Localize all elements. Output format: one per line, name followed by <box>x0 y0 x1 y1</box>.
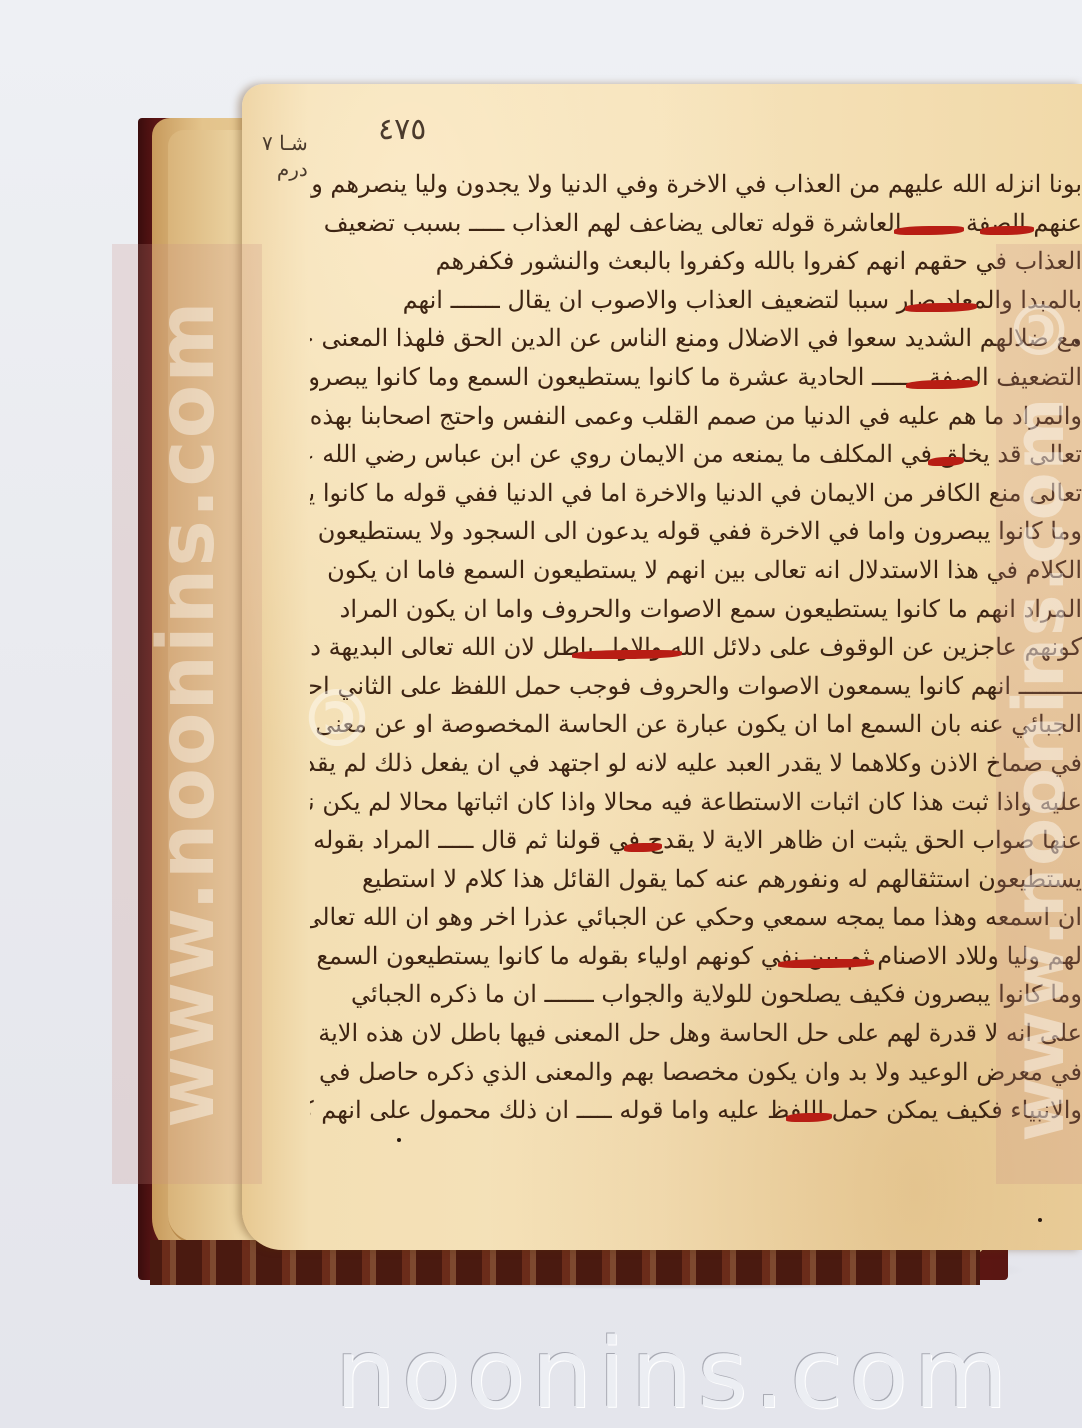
manuscript-line: عنها صواب الحق يثبت ان ظاهر الاية لا يقد… <box>310 821 1082 860</box>
margin-note: شـا ٧ درم <box>262 130 308 182</box>
rubric-red-stroke <box>624 843 662 852</box>
watermark-vertical-right: www.noonins.com © <box>996 244 1082 1184</box>
rubric-red-stroke <box>906 380 978 389</box>
manuscript-line: الجبائي عنه بان السمع اما ان يكون عبارة … <box>310 705 1082 744</box>
manuscript-line: المراد انهم ما كانوا يستطيعون سمع الاصوا… <box>310 590 1082 629</box>
manuscript-line: يستطيعون استثقالهم له ونفورهم عنه كما يق… <box>310 860 1082 899</box>
manuscript-line: عنهم الصفة ـــــــ العاشرة قوله تعالى يض… <box>310 204 1082 243</box>
margin-note-line: شـا ٧ <box>262 130 308 156</box>
rubric-red-stroke <box>786 1113 832 1122</box>
manuscript-line: التضعيف الصفة ـــــــ الحادية عشرة ما كا… <box>310 358 1082 397</box>
manuscript-line: والانبياء فكيف يمكن حمل اللفظ عليه واما … <box>310 1091 1082 1130</box>
manuscript-line: وما كانوا يبصرون واما في الاخرة ففي قوله… <box>310 512 1082 551</box>
manuscript-line: في صماخ الاذن وكلاهما لا يقدر العبد عليه… <box>310 744 1082 783</box>
manuscript-line: والمراد ما هم عليه في الدنيا من صمم القل… <box>310 397 1082 436</box>
ink-dot <box>1038 1218 1042 1222</box>
watermark-vertical-left: www.noonins.com © <box>112 244 262 1184</box>
manuscript-line: ان اسمعه وهذا مما يمجه سمعي وحكي عن الجب… <box>310 898 1082 937</box>
watermark-bottom: noonins.com <box>335 1318 1013 1428</box>
manuscript-text-block: بونا انزله الله عليهم من العذاب في الاخر… <box>310 165 1082 1130</box>
manuscript-line: الكلام في هذا الاستدلال انه تعالى بين ان… <box>310 551 1082 590</box>
rubric-red-stroke <box>572 650 682 659</box>
manuscript-line: بونا انزله الله عليهم من العذاب في الاخر… <box>310 165 1082 204</box>
manuscript-line: تعالى قد يخلق في المكلف ما يمنعه من الاي… <box>310 435 1082 474</box>
manuscript-line: لهم وليا وللاد الاصنام ثم بين نفي كونهم … <box>310 937 1082 976</box>
manuscript-line: على انه لا قدرة لهم على حل الحاسة وهل حل… <box>310 1014 1082 1053</box>
manuscript-line: في معرض الوعيد ولا بد وان يكون مخصصا بهم… <box>310 1053 1082 1092</box>
folio-number: ٤٧٥ <box>378 112 426 147</box>
rubric-red-stroke <box>894 226 964 235</box>
rubric-red-stroke <box>778 959 874 968</box>
ink-dot <box>397 1138 401 1142</box>
manuscript-line: ـــــــــ انهم كانوا يسمعون الاصوات والح… <box>310 667 1082 706</box>
manuscript-line: عليه واذا ثبت هذا كان اثبات الاستطاعة في… <box>310 783 1082 822</box>
manuscript-line: وما كانوا يبصرون فكيف يصلحون للولاية وال… <box>310 975 1082 1014</box>
rubric-red-stroke <box>905 303 977 312</box>
manuscript-line: كونهم عاجزين عن الوقوف على دلائل الله وا… <box>310 628 1082 667</box>
manuscript-line: العذاب في حقهم انهم كفروا بالله وكفروا ب… <box>310 242 1082 281</box>
manuscript-line: تعالى منع الكافر من الايمان في الدنيا وا… <box>310 474 1082 513</box>
rubric-red-stroke <box>928 457 964 466</box>
margin-note-line: درم <box>262 156 308 182</box>
rubric-red-stroke <box>980 226 1034 235</box>
manuscript-line: مع ضلالهم الشديد سعوا في الاضلال ومنع ال… <box>310 319 1082 358</box>
manuscript-line: بالمبدا والمعاد صار سببا لتضعيف العذاب و… <box>310 281 1082 320</box>
